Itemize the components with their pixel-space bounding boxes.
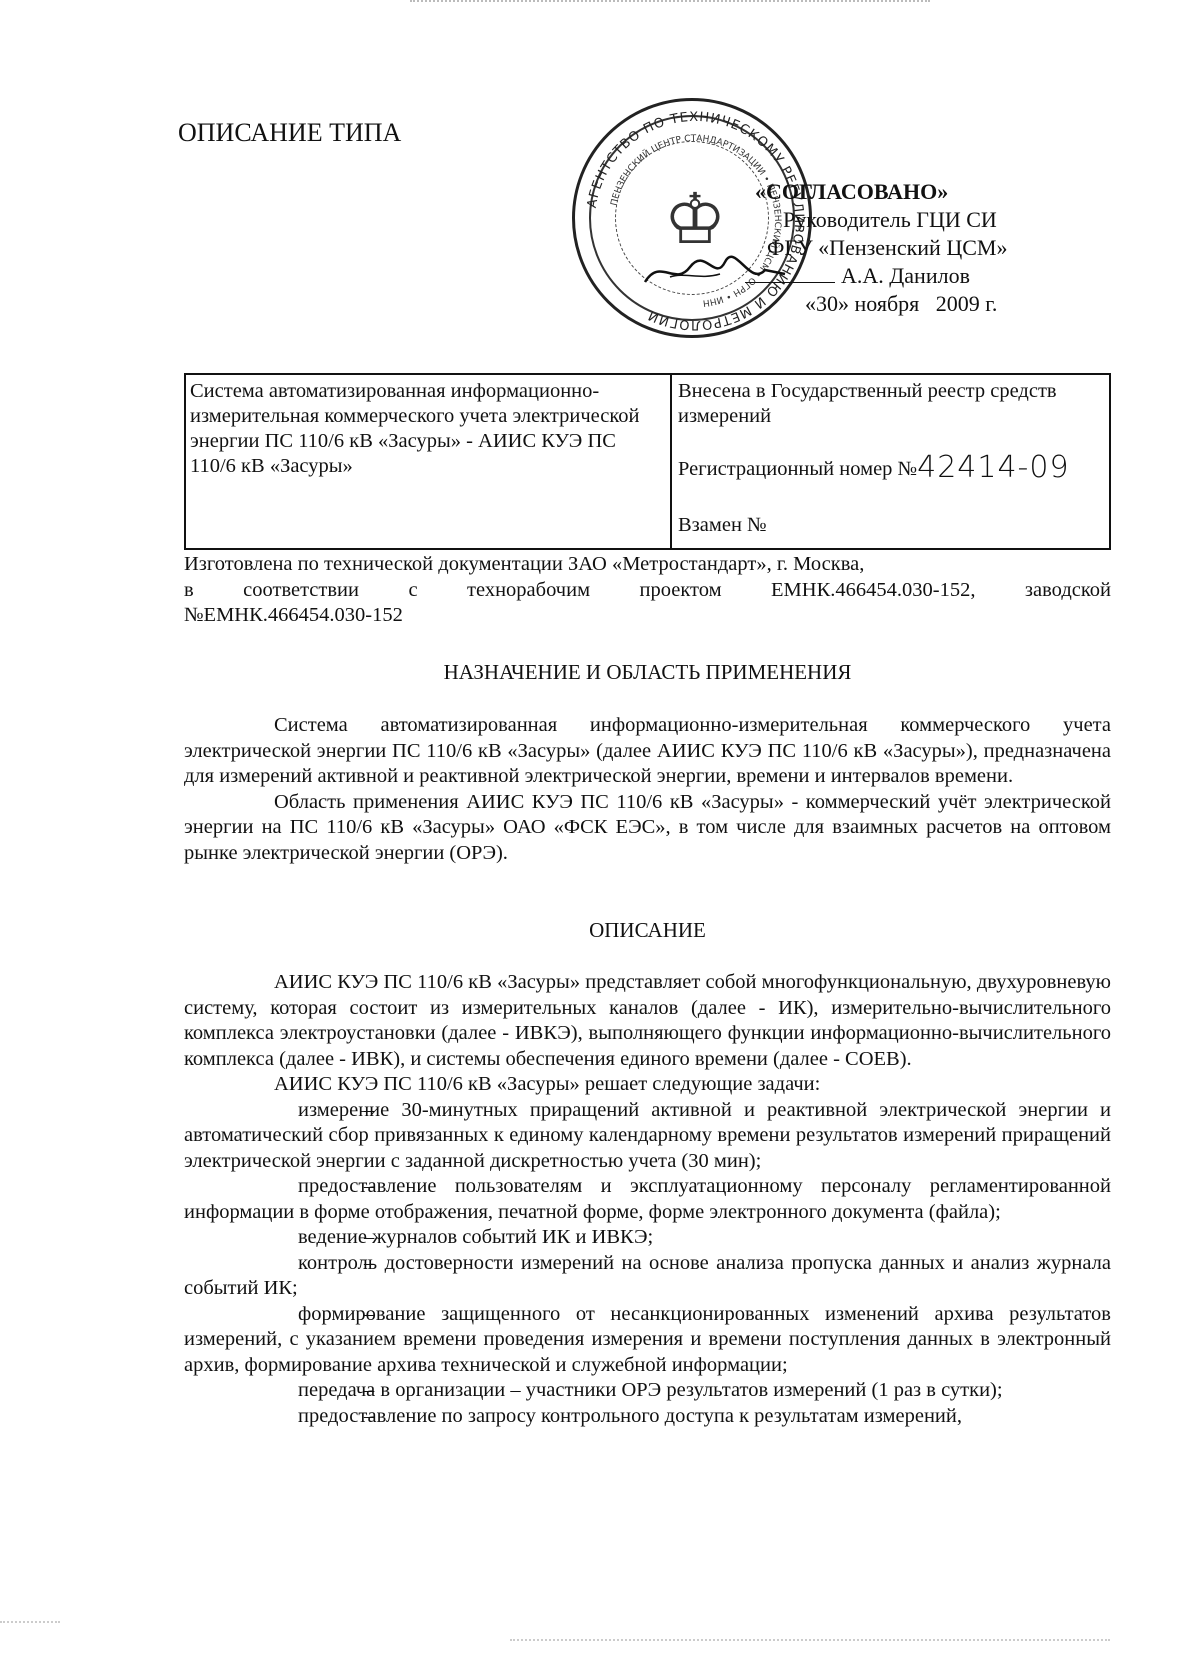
dash-bullet: – <box>274 1098 298 1124</box>
section-purpose-body: Система автоматизированная информационно… <box>184 713 1111 866</box>
document-page: ОПИСАНИЕ ТИПА АГЕНТСТВО ПО ТЕХНИЧЕСКОМУ … <box>0 0 1184 1657</box>
paragraph: АИИС КУЭ ПС 110/6 кВ «Засуры» представля… <box>184 970 1111 1072</box>
dash-bullet: – <box>274 1174 298 1200</box>
approval-position: Руководитель ГЦИ СИ <box>783 206 1007 234</box>
approval-date-month: ноября <box>855 291 920 316</box>
manufacturing-info: Изготовлена по технической документации … <box>184 552 1111 629</box>
approval-block: «СОГЛАСОВАНО» Руководитель ГЦИ СИ ФГУ «П… <box>745 178 1007 318</box>
approval-signatory-line: А.А. Данилов <box>745 262 1007 290</box>
registry-cell: Внесена в Государственный реестр средств… <box>672 375 1109 548</box>
dash-bullet: – <box>274 1378 298 1404</box>
task-list-item: –ведение журналов событий ИК и ИВКЭ; <box>184 1225 1111 1251</box>
scan-artifact-left <box>0 1621 60 1627</box>
task-list-item: –измерение 30-минутных приращений активн… <box>184 1098 1111 1175</box>
scan-artifact-top <box>410 0 930 8</box>
registration-label: Регистрационный номер № <box>678 458 917 480</box>
task-list-item: –контроль достоверности измерений на осн… <box>184 1251 1111 1302</box>
manufacturing-line-3: №ЕМНК.466454.030-152 <box>184 603 1111 629</box>
approval-date: «30» ноября 2009 г. <box>805 290 1007 318</box>
approval-date-year: 2009 г. <box>936 291 998 316</box>
system-name: Система автоматизированная информационно… <box>190 380 639 477</box>
replaces-label: Взамен № <box>678 513 767 538</box>
approval-date-day: «30» <box>805 291 849 316</box>
task-list-item: –предоставление по запросу контрольного … <box>184 1404 1111 1430</box>
task-list-item: –передача в организации – участники ОРЭ … <box>184 1378 1111 1404</box>
manufacturing-line-2: в соответствии с технорабочим проектом Е… <box>184 578 1111 604</box>
section-heading-purpose: НАЗНАЧЕНИЕ И ОБЛАСТЬ ПРИМЕНЕНИЯ <box>184 660 1111 685</box>
task-list-item: –предоставление пользователям и эксплуат… <box>184 1174 1111 1225</box>
approval-heading: «СОГЛАСОВАНО» <box>755 178 1007 206</box>
approval-organization: ФГУ «Пензенский ЦСМ» <box>767 234 1007 262</box>
paragraph: Область применения АИИС КУЭ ПС 110/6 кВ … <box>184 790 1111 867</box>
registry-table: Система автоматизированная информационно… <box>184 373 1111 550</box>
registration-number-line: Регистрационный номер №42414-09 <box>678 455 1070 482</box>
section-description-body: АИИС КУЭ ПС 110/6 кВ «Засуры» представля… <box>184 970 1111 1429</box>
paragraph: АИИС КУЭ ПС 110/6 кВ «Засуры» решает сле… <box>184 1072 1111 1098</box>
dash-bullet: – <box>274 1225 298 1251</box>
registry-entry: Внесена в Государственный реестр средств… <box>678 379 1103 429</box>
registration-number: 42414-09 <box>917 450 1069 485</box>
scan-artifact-bottom <box>510 1639 1110 1647</box>
task-list-item: –формирование защищенного от несанкциони… <box>184 1302 1111 1379</box>
approval-signatory: А.А. Данилов <box>841 263 970 288</box>
paragraph: Система автоматизированная информационно… <box>184 713 1111 790</box>
section-heading-description: ОПИСАНИЕ <box>184 918 1111 943</box>
dash-bullet: – <box>274 1404 298 1430</box>
document-title: ОПИСАНИЕ ТИПА <box>178 118 401 148</box>
dash-bullet: – <box>274 1302 298 1328</box>
system-name-cell: Система автоматизированная информационно… <box>186 375 672 548</box>
dash-bullet: – <box>274 1251 298 1277</box>
manufacturing-line-1: Изготовлена по технической документации … <box>184 552 1111 578</box>
signature-line <box>745 282 835 283</box>
